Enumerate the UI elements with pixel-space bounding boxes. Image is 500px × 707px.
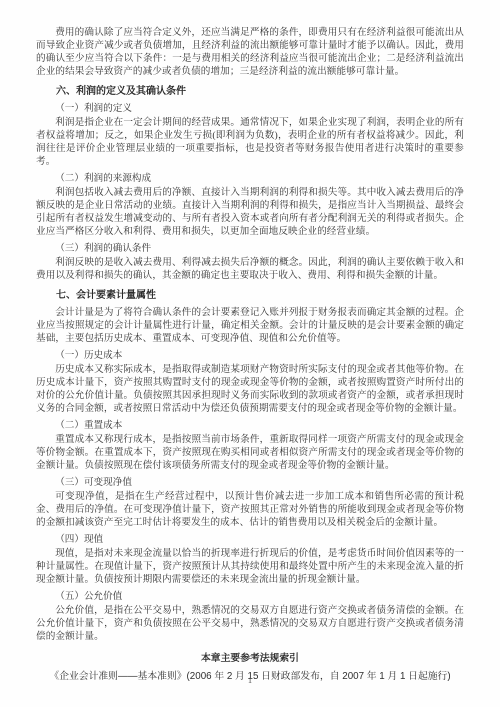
- sub-heading-net-realizable-value: （三）可变现净值: [36, 476, 464, 489]
- sub-heading-replacement-cost: （二）重置成本: [36, 419, 464, 432]
- sub-heading-profit-recognition: （三）利润的确认条件: [36, 242, 464, 255]
- para-historical-cost: 历史成本又称实际成本，是指取得或制造某项财产物资时所实际支付的现金或者其他等价物…: [36, 363, 464, 415]
- footer-index-title: 本章主要参考法规索引: [36, 652, 464, 665]
- sub-heading-historical-cost: （一）历史成本: [36, 349, 464, 362]
- para-present-value: 现值，是指对未来现金流量以恰当的折现率进行折现后的价值，是考虑货币时间价值因素等…: [36, 547, 464, 586]
- para-fair-value: 公允价值，是指在公平交易中，熟悉情况的交易双方自愿进行资产交换或者债务清偿的金额…: [36, 604, 464, 643]
- para-expense-recognition-conditions: 费用的确认除了应当符合定义外，还应当满足严格的条件，即费用只有在经济利益很可能流…: [36, 26, 464, 78]
- para-profit-definition: 利润是指企业在一定会计期间的经营成果。通常情况下，如果企业实现了利润，表明企业的…: [36, 116, 464, 168]
- para-profit-source: 利润包括收入减去费用后的净额、直接计入当期利润的利得和损失等。其中收入减去费用后…: [36, 186, 464, 238]
- section-heading-measurement-attributes: 七、会计要素计量属性: [36, 289, 464, 302]
- sub-heading-profit-definition: （一）利润的定义: [36, 102, 464, 115]
- section-heading-profit-definition: 六、利润的定义及其确认条件: [36, 85, 464, 98]
- sub-heading-fair-value: （五）公允价值: [36, 590, 464, 603]
- document-page: 费用的确认除了应当符合定义外，还应当满足严格的条件，即费用只有在经济利益很可能流…: [0, 0, 500, 707]
- sub-heading-profit-source: （二）利润的来源构成: [36, 172, 464, 185]
- para-net-realizable-value: 可变现净值，是指在生产经营过程中，以预计售价减去进一步加工成本和销售所必需的预计…: [36, 490, 464, 529]
- para-replacement-cost: 重置成本又称现行成本，是指按照当前市场条件，重新取得同样一项资产所需支付的现金或…: [36, 433, 464, 472]
- para-measurement-overview: 会计计量是为了将符合确认条件的会计要素登记入账并列报于财务报表而确定其金额的过程…: [36, 306, 464, 345]
- sub-heading-present-value: （四）现值: [36, 533, 464, 546]
- page-number: 1: [0, 675, 500, 685]
- para-profit-recognition: 利润反映的是收入减去费用、利得减去损失后净额的概念。因此，利润的确认主要依赖于收…: [36, 256, 464, 282]
